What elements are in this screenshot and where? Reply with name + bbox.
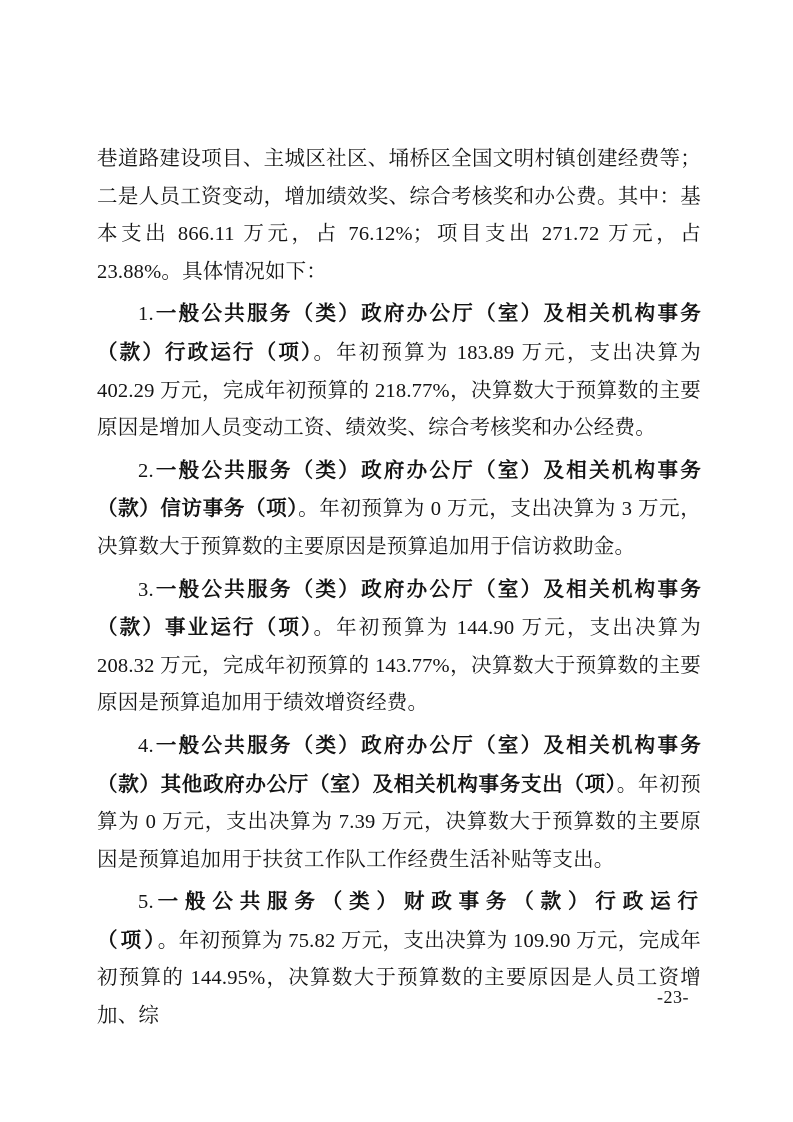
body-text: 。年初预算为 75.82 万元，支出决算为 109.90 万元，完成年初预算的 … bbox=[97, 930, 701, 1027]
paragraph-1: 巷道路建设项目、主城区社区、埇桥区全国文明村镇创建经费等；二是人员工资变动，增加… bbox=[97, 141, 701, 291]
paragraph-6: 5.一般公共服务（类）财政事务（款）行政运行（项）。年初预算为 75.82 万元… bbox=[97, 883, 701, 1035]
body-text: 4. bbox=[138, 735, 154, 757]
budget-item-heading: 一般公共服务（类）政府办公厅（室）及相关机构事务（款）其他政府办公厅（室）及相关… bbox=[97, 734, 701, 796]
paragraph-5: 4.一般公共服务（类）政府办公厅（室）及相关机构事务（款）其他政府办公厅（室）及… bbox=[97, 727, 701, 879]
page-number: -23- bbox=[97, 987, 689, 1008]
document-body: 巷道路建设项目、主城区社区、埇桥区全国文明村镇创建经费等；二是人员工资变动，增加… bbox=[97, 141, 701, 1036]
paragraph-4: 3.一般公共服务（类）政府办公厅（室）及相关机构事务（款）事业运行（项）。年初预… bbox=[97, 571, 701, 723]
body-text: 巷道路建设项目、主城区社区、埇桥区全国文明村镇创建经费等；二是人员工资变动，增加… bbox=[97, 148, 701, 283]
body-text: 1. bbox=[138, 303, 154, 325]
document-page: 巷道路建设项目、主城区社区、埇桥区全国文明村镇创建经费等；二是人员工资变动，增加… bbox=[0, 0, 793, 1122]
body-text: 2. bbox=[138, 460, 154, 482]
body-text: 5. bbox=[138, 891, 154, 913]
body-text: 3. bbox=[138, 579, 154, 601]
paragraph-3: 2.一般公共服务（类）政府办公厅（室）及相关机构事务（款）信访事务（项）。年初预… bbox=[97, 452, 701, 567]
paragraph-2: 1.一般公共服务（类）政府办公厅（室）及相关机构事务（款）行政运行（项）。年初预… bbox=[97, 295, 701, 447]
